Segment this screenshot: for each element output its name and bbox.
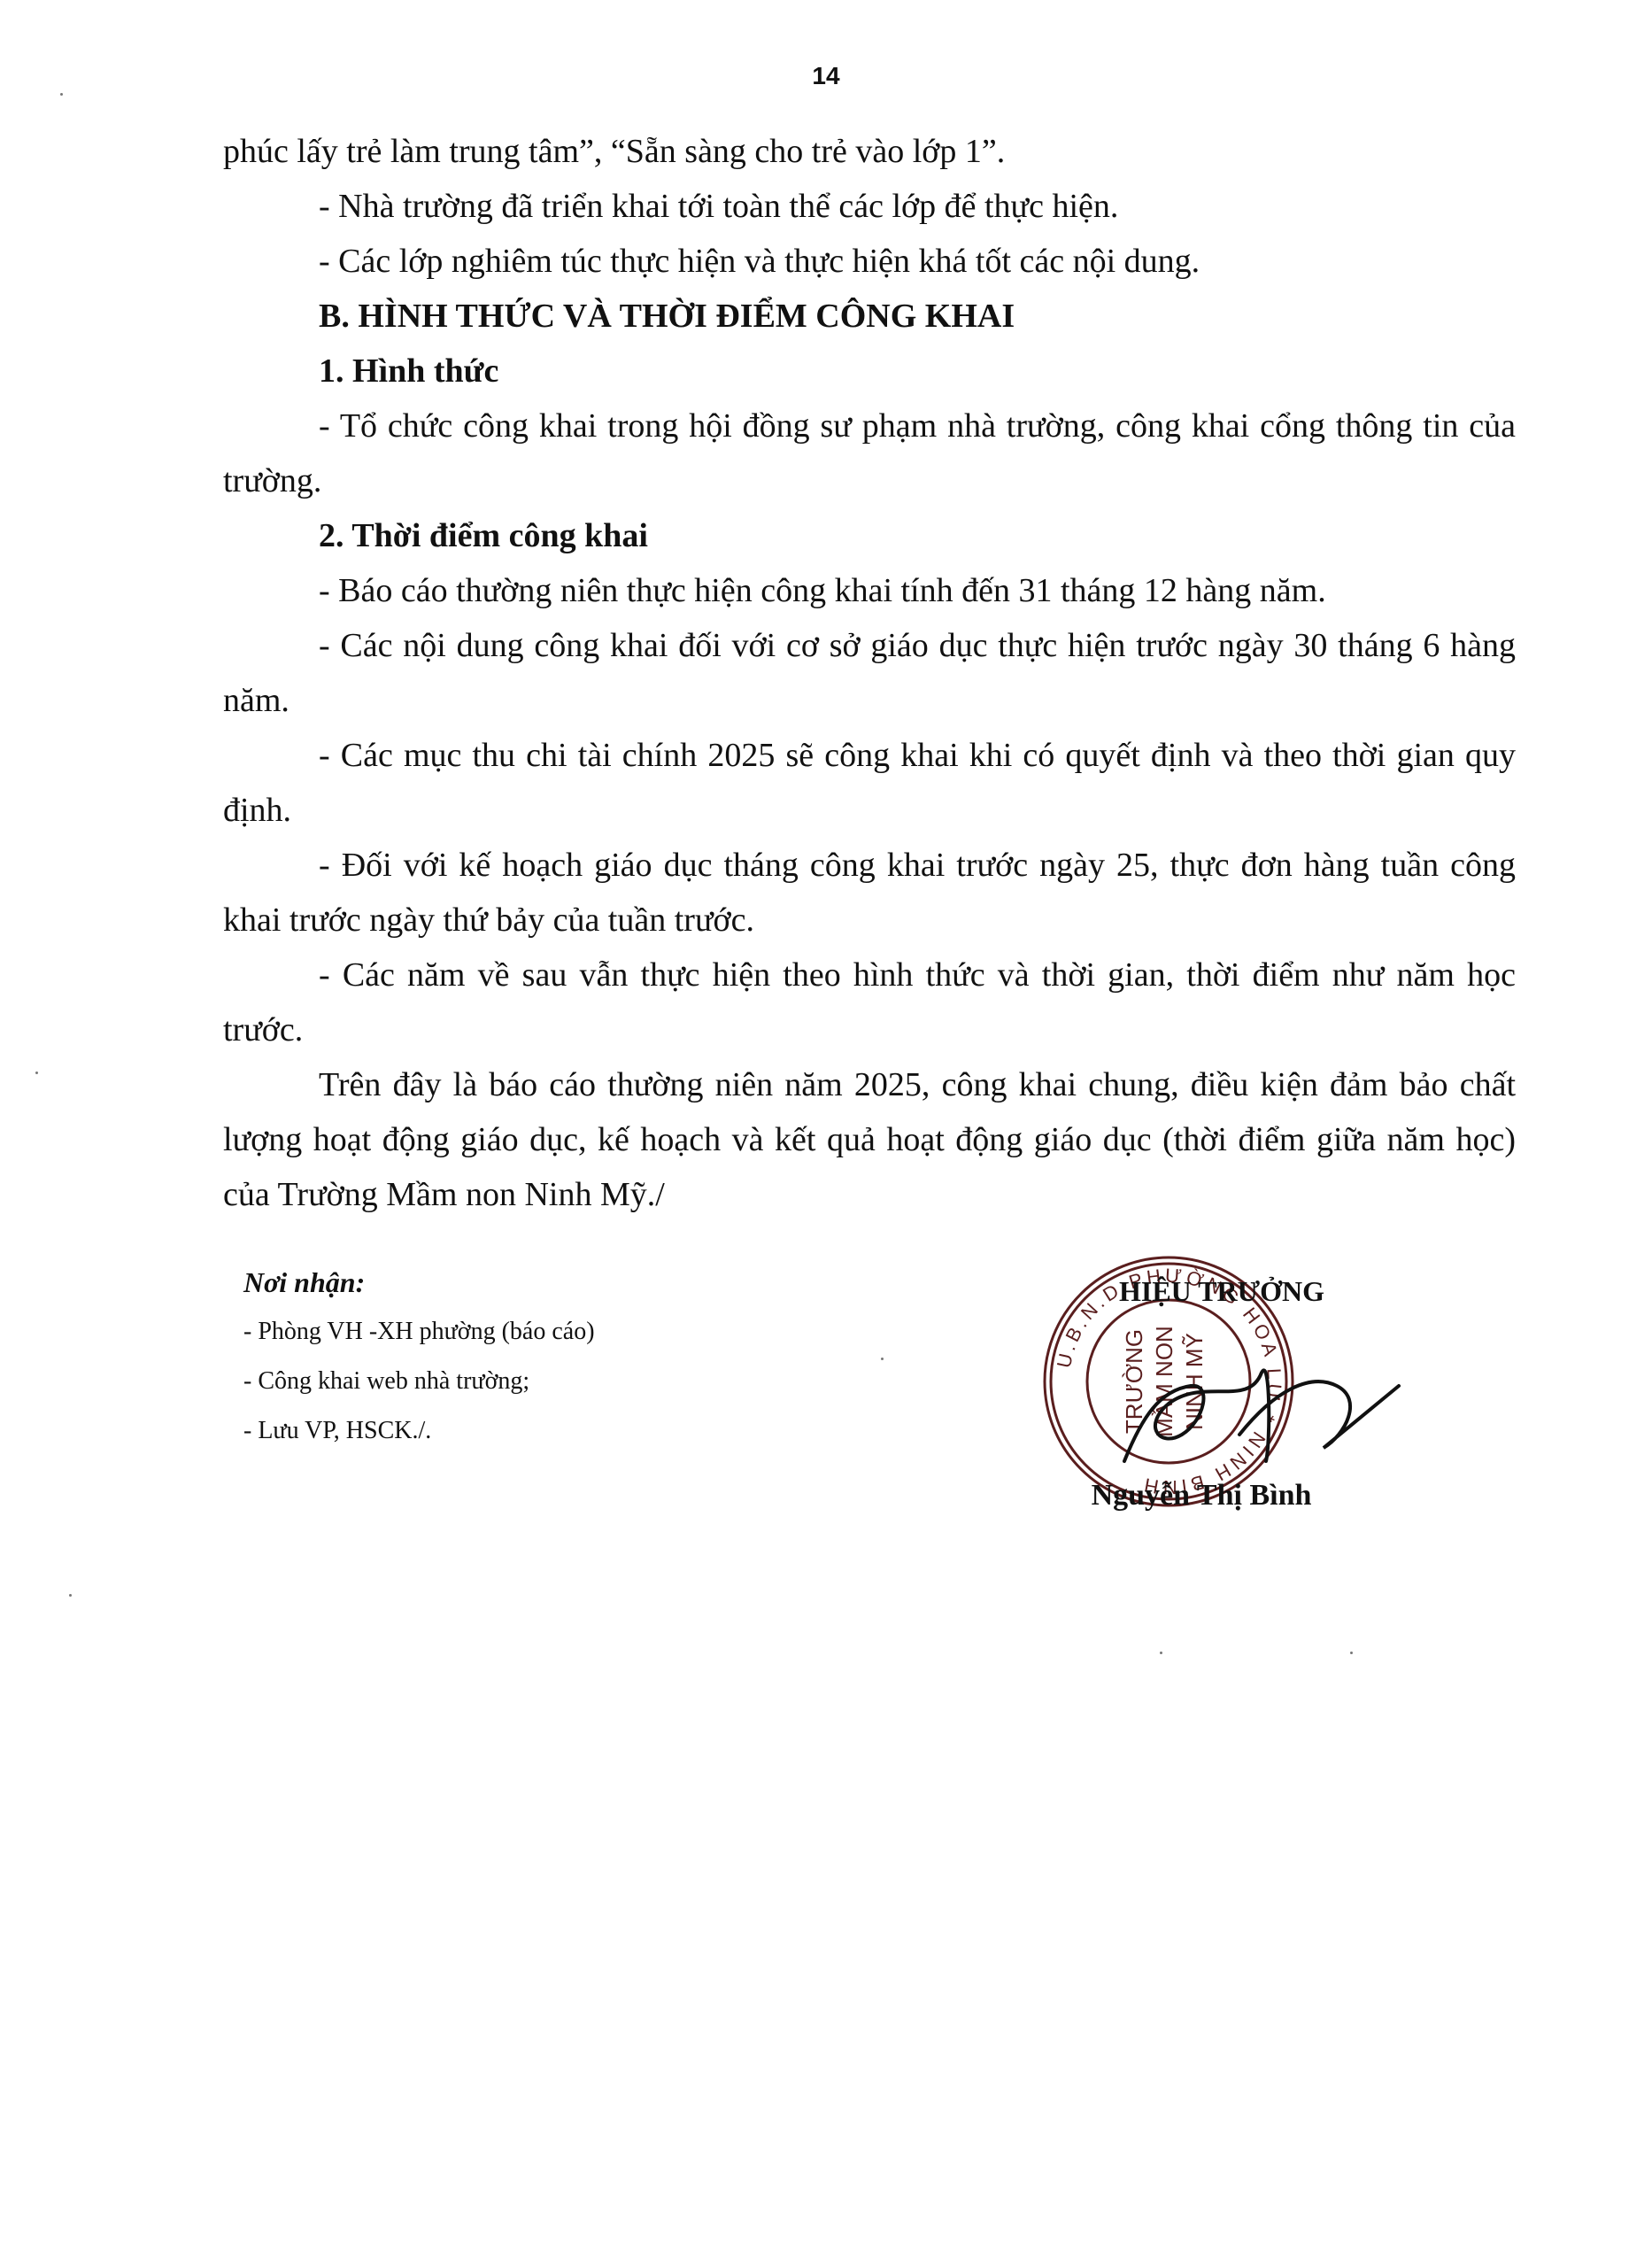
body-paragraph: - Tổ chức công khai trong hội đồng sư ph…: [223, 398, 1516, 508]
body-paragraph: - Nhà trường đã triển khai tới toàn thể …: [223, 179, 1516, 234]
recipient-item: - Phòng VH -XH phường (báo cáo): [243, 1307, 595, 1357]
body-paragraph: - Đối với kế hoạch giáo dục tháng công k…: [223, 838, 1516, 948]
page-number: 14: [0, 62, 1652, 90]
scan-speck: [881, 1358, 884, 1360]
handwritten-signature-icon: [1107, 1337, 1434, 1479]
section-heading: 2. Thời điểm công khai: [223, 508, 1516, 563]
signature-title: HIỆU TRƯỞNG: [1089, 1275, 1355, 1308]
recipient-item: - Lưu VP, HSCK./.: [243, 1406, 595, 1456]
signature-block: U.B.N.D PHƯỜNG HOA LƯ * NINH BÌNH TRƯỜNG…: [1018, 1222, 1461, 1532]
body-paragraph: phúc lấy trẻ làm trung tâm”, “Sẵn sàng c…: [223, 124, 1516, 179]
body-paragraph: - Các mục thu chi tài chính 2025 sẽ công…: [223, 728, 1516, 838]
section-heading: 1. Hình thức: [223, 344, 1516, 398]
scan-speck: [69, 1594, 72, 1597]
body-paragraph: Trên đây là báo cáo thường niên năm 2025…: [223, 1057, 1516, 1222]
body-paragraph: - Các năm về sau vẫn thực hiện theo hình…: [223, 948, 1516, 1057]
section-heading: B. HÌNH THỨC VÀ THỜI ĐIỂM CÔNG KHAI: [223, 289, 1516, 344]
recipient-item: - Công khai web nhà trường;: [243, 1357, 595, 1406]
body-paragraph: - Các lớp nghiêm túc thực hiện và thực h…: [223, 234, 1516, 289]
signer-name: Nguyễn Thị Bình: [1055, 1479, 1347, 1513]
recipients-title: Nơi nhận:: [243, 1257, 595, 1307]
document-body: phúc lấy trẻ làm trung tâm”, “Sẵn sàng c…: [223, 124, 1516, 1222]
scan-speck: [1160, 1652, 1162, 1654]
scan-speck: [35, 1072, 38, 1074]
body-paragraph: - Báo cáo thường niên thực hiện công kha…: [223, 563, 1516, 618]
scan-speck: [1350, 1652, 1353, 1654]
recipients-block: Nơi nhận: - Phòng VH -XH phường (báo cáo…: [243, 1257, 595, 1456]
body-paragraph: - Các nội dung công khai đối với cơ sở g…: [223, 618, 1516, 728]
scan-speck: [60, 93, 63, 96]
